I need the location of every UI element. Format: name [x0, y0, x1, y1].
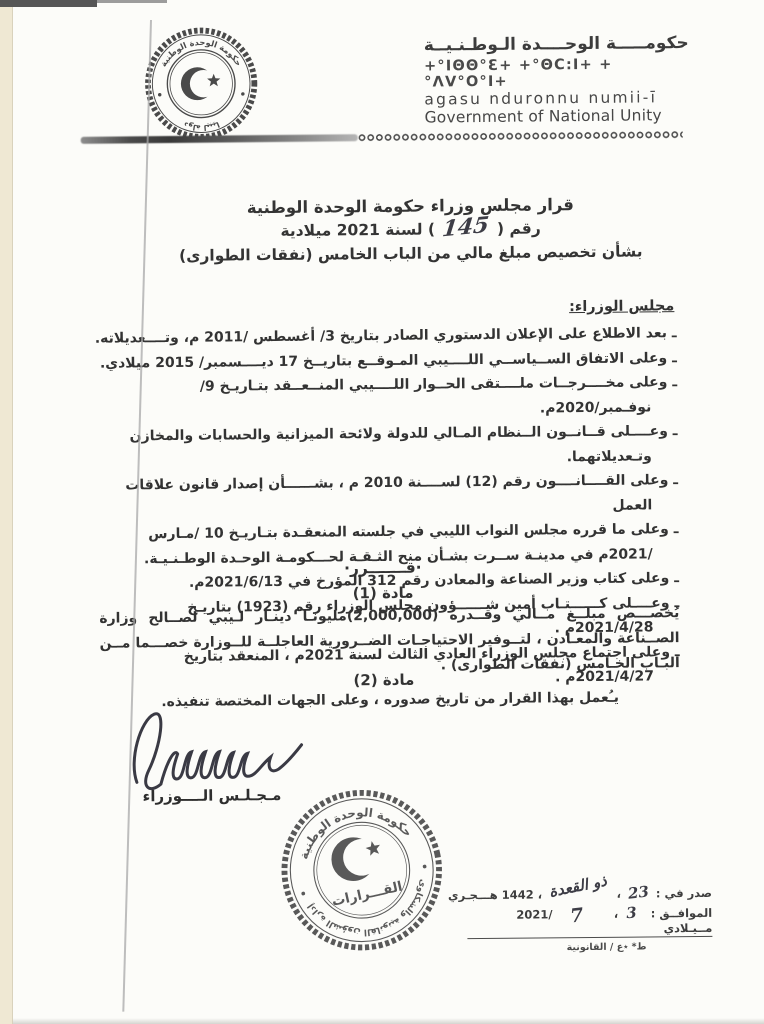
scanned-decree-page: حكومة الوحدة الوطنية دولة ليبيا حكومــــ…	[0, 0, 764, 1024]
corresponding-label: الموافــق :	[651, 906, 713, 921]
decree-number-suffix: ) لسنة 2021 ميلادية	[280, 220, 435, 239]
separator-comma: ،	[616, 887, 621, 901]
hijri-date-line: صدر في : 23 ، ذو القعدة ، 1442 هـــجـري	[447, 883, 712, 904]
hijri-day-handwritten: 23	[624, 882, 653, 903]
gregorian-day-handwritten: 3	[622, 903, 648, 923]
org-name-arabic: حكومـــــة الوحــــدة الـوطـنـيــة	[424, 33, 690, 56]
stamp-crescent-star-icon	[327, 832, 386, 886]
salutation: مجلس الوزراء:	[569, 298, 674, 315]
separator-chain-line	[358, 130, 683, 142]
gregorian-month-handwritten: 7	[556, 907, 610, 923]
clause-item: ـ وعلى مخــــرجــات ملــــتقى الحــوار ا…	[95, 370, 677, 425]
hijri-month-handwritten: ذو القعدة	[544, 871, 613, 902]
header-org-block: حكومـــــة الوحــــدة الـوطـنـيــة +°IΘΘ…	[424, 33, 691, 127]
gregorian-date-line: الموافــق : 3 ، 7 /2021 مــيـلادي	[467, 903, 712, 939]
government-seal-logo: حكومة الوحدة الوطنية دولة ليبيا	[140, 25, 263, 142]
clause-item: ـ وعلى القــــانــــون رقم (12) لســــنة…	[96, 468, 678, 523]
issue-date-block: صدر في : 23 ، ذو القعدة ، 1442 هـــجـري …	[447, 883, 713, 955]
decree-subject: بشأن تخصيص مبلغ مالي من الباب الخامس (نف…	[148, 242, 674, 265]
scan-edge-left	[0, 0, 13, 1024]
org-name-english: Government of National Unity	[424, 106, 690, 127]
decree-number-handwritten: 145	[434, 217, 498, 237]
decree-title: قرار مجلس وزراء حكومة الوحدة الوطنية	[147, 194, 673, 218]
decree-number-line: رقم (145) لسنة 2021 ميلادية	[148, 218, 674, 241]
legal-department-note: ط* ٭ع / القانونية	[447, 941, 712, 955]
signature-icon	[120, 700, 336, 792]
decree-title-block: قرار مجلس وزراء حكومة الوحدة الوطنية رقم…	[147, 194, 674, 265]
official-stamp: حكومة الوحدة الوطنية إدارة الشؤون القانو…	[261, 770, 461, 970]
separator-solid-bar	[81, 134, 358, 144]
document-content: حكومة الوحدة الوطنية دولة ليبيا حكومــــ…	[0, 0, 764, 1024]
separator-comma: ،	[614, 907, 619, 921]
scan-edge-top-faint	[97, 0, 167, 3]
crescent-star-icon	[181, 67, 221, 100]
scan-edge-bottom	[13, 1018, 764, 1024]
scan-edge-top	[0, 0, 97, 7]
org-name-tifinagh: +°IΘΘ°Ɛ+ +°ΘC:I+ +°ΛV°O°I+	[424, 56, 690, 91]
hijri-year-label: ، 1442 هـــجـري	[448, 887, 542, 902]
issued-label: صدر في :	[656, 886, 712, 901]
decree-number-prefix: رقم (	[497, 219, 541, 237]
stamp-center-word: القـــرارات	[330, 880, 403, 910]
clause-item: ـ وعــــلى قــانــون الــنظام المـالي لل…	[95, 419, 677, 474]
